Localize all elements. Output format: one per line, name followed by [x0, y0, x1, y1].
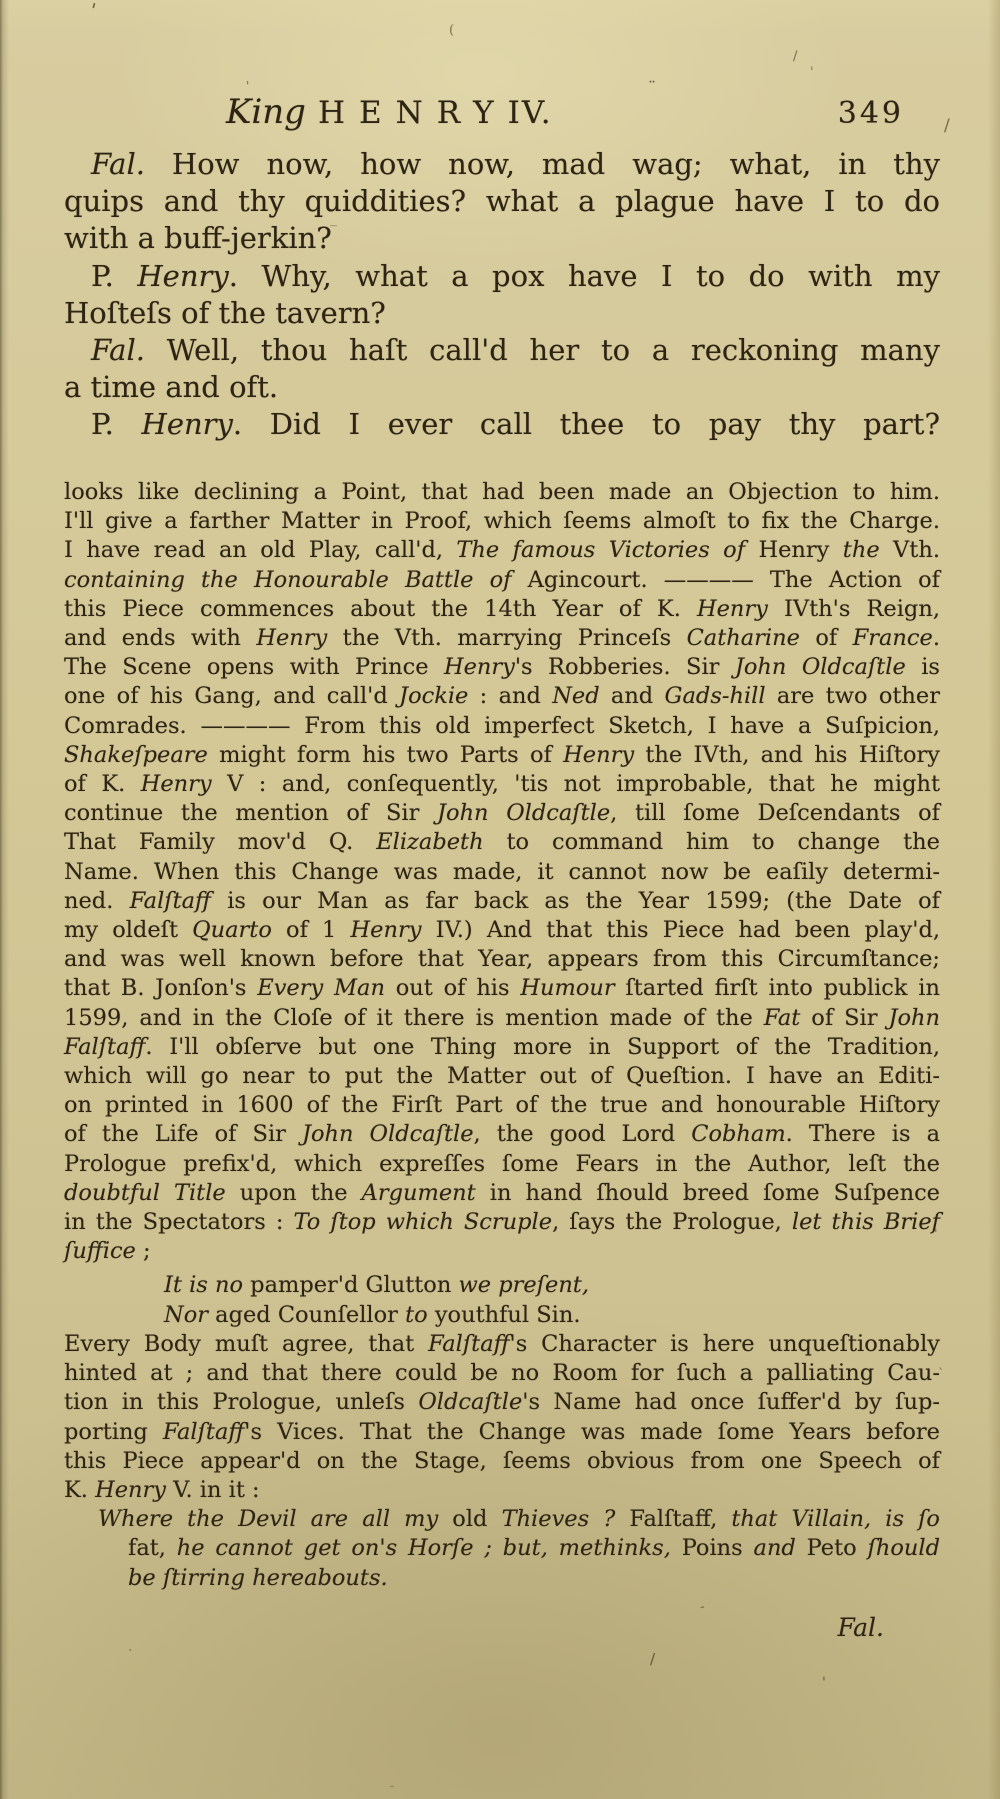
text-line: Every Body muſt agree, that Falſtaff's C… — [64, 1330, 940, 1359]
text-line: ſuffice ; — [64, 1237, 940, 1266]
text-line: Fal. Well, thou haſt call'd her to a rec… — [64, 332, 940, 369]
ink-speck: / — [944, 118, 950, 135]
ink-speck: ' — [934, 1228, 938, 1241]
text-line: That Family mov'd Q. Elizabeth to comman… — [64, 828, 940, 857]
text-line: Hoſteſs of the tavern? — [64, 295, 940, 332]
book-page: KingHENRYIV. 349 Fal. How now, how now, … — [0, 0, 1000, 1799]
text-line: It is no pamper'd Glutton we preſent, — [164, 1271, 940, 1300]
text-line: Name. When this Change was made, it cann… — [64, 858, 940, 887]
text-line: of K. Henry V : and, conſequently, 'tis … — [64, 770, 940, 799]
ink-speck: . — [128, 1640, 132, 1654]
text-line: with a buff-jerkin? — [64, 220, 940, 257]
text-line: Prologue prefix'd, which expreſſes ſome … — [64, 1150, 940, 1179]
text-line: P. Henry. Why, what a pox have I to do w… — [64, 258, 940, 295]
text-line: this Piece commences about the 14th Year… — [64, 595, 940, 624]
text-line: containing the Honourable Battle of Agin… — [64, 566, 940, 595]
text-line: Fal. How now, how now, mad wag; what, in… — [64, 146, 940, 183]
running-title: KingHENRYIV. — [226, 92, 553, 132]
ink-speck: / — [793, 50, 797, 63]
text-line: doubtful Title upon the Argument in hand… — [64, 1179, 940, 1208]
text-line: this Piece appear'd on the Stage, ſeems … — [64, 1447, 940, 1476]
text-line: K. Henry V. in it : — [64, 1476, 940, 1505]
ink-speck: _ — [330, 212, 337, 226]
text-line: ned. Falſtaff is our Man as far back as … — [64, 887, 940, 916]
text-line: in the Spectators : To ſtop which Scrupl… — [64, 1208, 940, 1237]
text-line: of the Life of Sir John Oldcaſtle, the g… — [64, 1120, 940, 1149]
ink-speck: ( — [449, 24, 454, 37]
text-line: be ſtirring hereabouts. — [128, 1564, 940, 1593]
text-line: P. Henry. Did I ever call thee to pay th… — [64, 406, 940, 443]
text-line: Comrades. ———— From this old imperfect S… — [64, 712, 940, 741]
running-title-numeral: IV. — [508, 95, 553, 131]
text-line: Shakeſpeare might form his two Parts of … — [64, 741, 940, 770]
text-line: on printed in 1600 of the Firſt Part of … — [64, 1091, 940, 1120]
footnote-section: looks like declining a Point, that had b… — [64, 478, 940, 1642]
text-line: one of his Gang, and call'd Jockie : and… — [64, 682, 940, 711]
footnote-text: looks like declining a Point, that had b… — [64, 478, 940, 1593]
text-line: quips and thy quiddities? what a plague … — [64, 183, 940, 220]
text-line: fat, he cannot get on's Horſe ; but, met… — [128, 1534, 940, 1563]
dialogue-section: Fal. How now, how now, mad wag; what, in… — [64, 146, 940, 444]
text-line: Nor aged Counſellor to youthful Sin. — [164, 1301, 940, 1330]
text-line: The Scene opens with Prince Henry's Robb… — [64, 653, 940, 682]
text-line: Where the Devil are all my old Thieves ?… — [98, 1505, 940, 1534]
text-line: I'll give a farther Matter in Proof, whi… — [64, 507, 940, 536]
text-line: continue the mention of Sir John Oldcaſt… — [64, 799, 940, 828]
text-line: 1599, and in the Cloſe of it there is me… — [64, 1004, 940, 1033]
text-line: and was well known before that Year, app… — [64, 945, 940, 974]
text-line: which will go near to put the Matter out… — [64, 1062, 940, 1091]
text-line: hinted at ; and that there could be no R… — [64, 1359, 940, 1388]
text-line: I have read an old Play, call'd, The fam… — [64, 536, 940, 565]
text-line: looks like declining a Point, that had b… — [64, 478, 940, 507]
ink-speck: - — [390, 1780, 394, 1792]
text-line: my oldeſt Quarto of 1 Henry IV.) And tha… — [64, 916, 940, 945]
ink-speck: ' — [88, 2, 97, 21]
running-title-henry: HENRY — [318, 95, 508, 131]
ink-speck: ` — [938, 1368, 945, 1381]
text-line: porting Falſtaff's Vices. That the Chang… — [64, 1418, 940, 1447]
ink-speck: ' — [822, 1676, 826, 1690]
ink-speck: ' — [810, 66, 814, 79]
text-line: and ends with Henry the Vth. marrying Pr… — [64, 624, 940, 653]
ink-speck: ' — [246, 80, 249, 92]
page-number: 349 — [838, 96, 904, 131]
text-line: tion in this Prologue, unleſs Oldcaſtle'… — [64, 1388, 940, 1417]
text-line: Falſtaff. I'll obſerve but one Thing mor… — [64, 1033, 940, 1062]
ink-speck: / — [650, 1652, 655, 1667]
page-header: KingHENRYIV. 349 — [64, 92, 940, 138]
text-line: a time and oft. — [64, 369, 940, 406]
catchword: Fal. — [64, 1613, 884, 1642]
text-line: that B. Jonſon's Every Man out of his Hu… — [64, 974, 940, 1003]
running-title-king: King — [226, 92, 306, 132]
ink-speck: ¨ — [648, 80, 656, 96]
